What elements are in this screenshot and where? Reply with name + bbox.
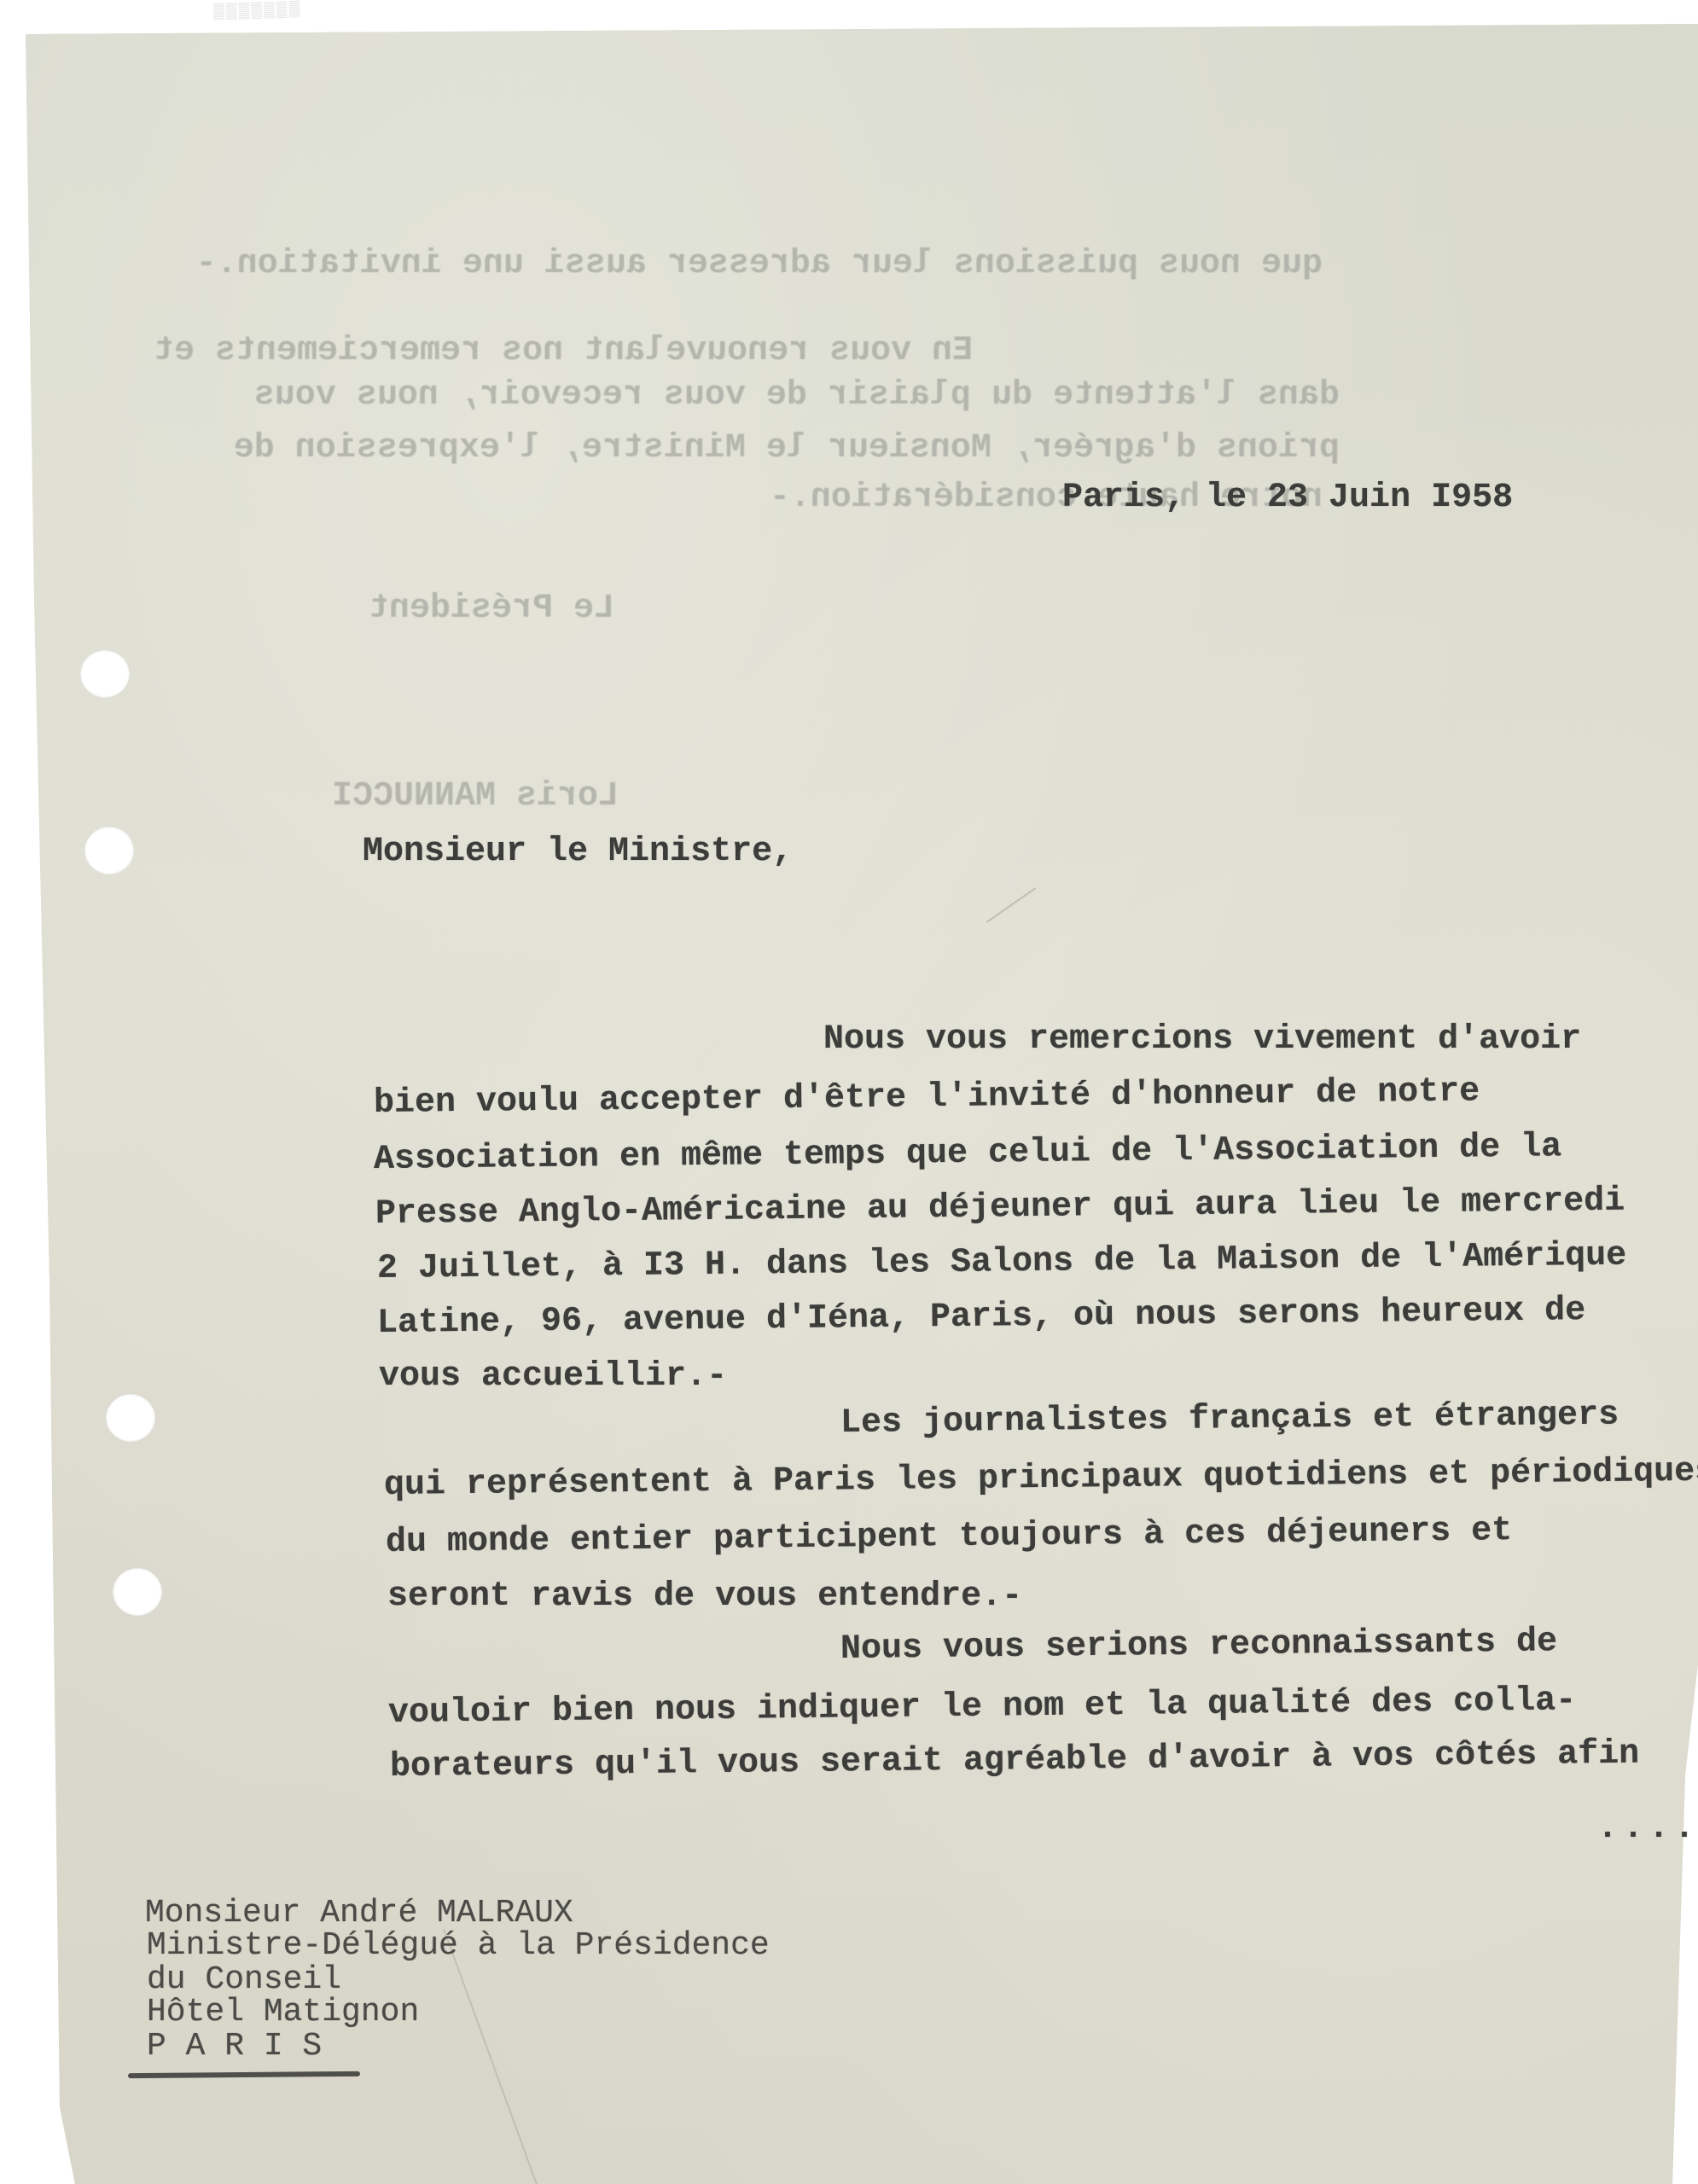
continuation-mark: .... — [1597, 1809, 1698, 1850]
recipient-title-cont: du Conseil — [147, 1962, 341, 1998]
punch-hole-icon — [113, 1568, 162, 1616]
archive-stamp-mark: ▒▒▒▒▒▒▒ — [213, 0, 368, 21]
salutation: Monsieur le Ministre, — [363, 832, 793, 873]
recipient-name: Monsieur André MALRAUX — [145, 1896, 573, 1931]
show-through-line: Loris MANNUCCI — [303, 776, 619, 817]
show-through-line: dans l'attente du plaisir de vous recevo… — [213, 375, 1340, 416]
recipient-city: P A R I S — [147, 2029, 322, 2065]
date-line: Paris, le 23 Juin I958 — [1062, 478, 1513, 519]
body-line: Nous vous serions reconnaissants de — [840, 1622, 1558, 1670]
body-line: vous accueillir.- — [379, 1356, 727, 1397]
body-line: Les journalistes français et étrangers — [840, 1395, 1619, 1444]
show-through-line: Le Président — [333, 589, 614, 630]
show-through-line: prions d'agréer, Monsieur le Ministre, l… — [205, 428, 1340, 469]
punch-hole-icon — [84, 827, 134, 874]
recipient-address: Hôtel Matignon — [147, 1995, 419, 2030]
body-line: seront ravis de vous entendre.- — [387, 1577, 1022, 1618]
punch-hole-icon — [80, 650, 130, 698]
show-through-line: que nous puissions leur adresser aussi u… — [171, 244, 1323, 285]
show-through-line: En vous renouvelant nos remerciements et — [154, 331, 1007, 372]
punch-hole-icon — [106, 1394, 155, 1442]
recipient-title: Ministre-Délégué à la Présidence — [147, 1928, 770, 1964]
body-line: Nous vous remercions vivement d'avoir — [823, 1019, 1581, 1060]
